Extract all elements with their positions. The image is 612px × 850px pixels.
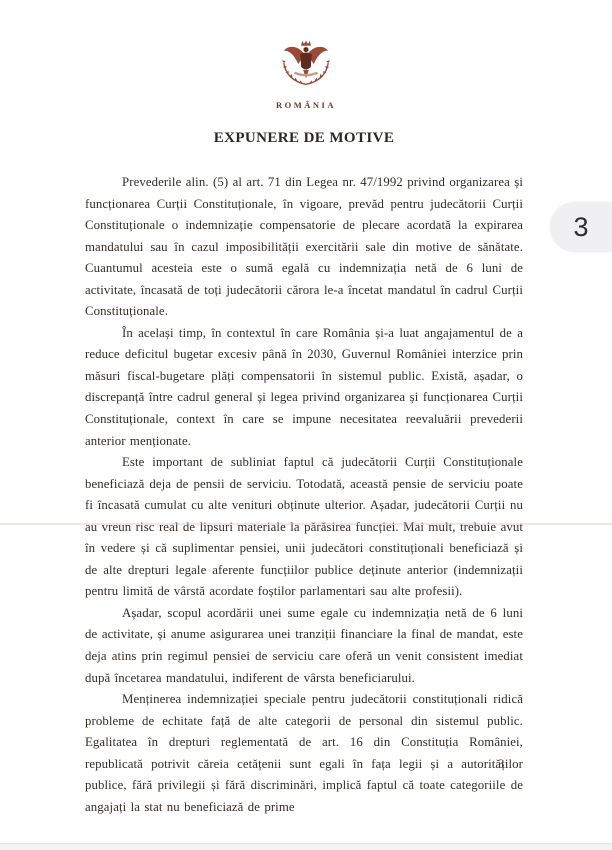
romania-coat-of-arms-icon — [277, 38, 335, 94]
emblem-country-label: ROMÂNIA — [0, 100, 612, 110]
viewer-bottom-edge — [0, 843, 612, 850]
page-indicator-tab[interactable]: 3 — [550, 202, 612, 252]
paragraph: Prevederile alin. (5) al art. 71 din Leg… — [85, 172, 523, 323]
paragraph: Menținerea indemnizației speciale pentru… — [85, 689, 523, 818]
paragraphs: Prevederile alin. (5) al art. 71 din Leg… — [85, 172, 523, 818]
emblem-block: ROMÂNIA — [0, 38, 612, 110]
document-title: EXPUNERE DE MOTIVE — [85, 130, 523, 147]
paragraph: Este important de subliniat faptul că ju… — [85, 452, 523, 603]
page-indicator-label: 3 — [573, 212, 588, 243]
paragraph: În același timp, în contextul în care Ro… — [85, 323, 523, 452]
page-number: 3 — [498, 756, 505, 772]
paragraph: Așadar, scopul acordării unei sume egale… — [85, 603, 523, 689]
document-page: ROMÂNIA EXPUNERE DE MOTIVE Prevederile a… — [0, 0, 612, 850]
